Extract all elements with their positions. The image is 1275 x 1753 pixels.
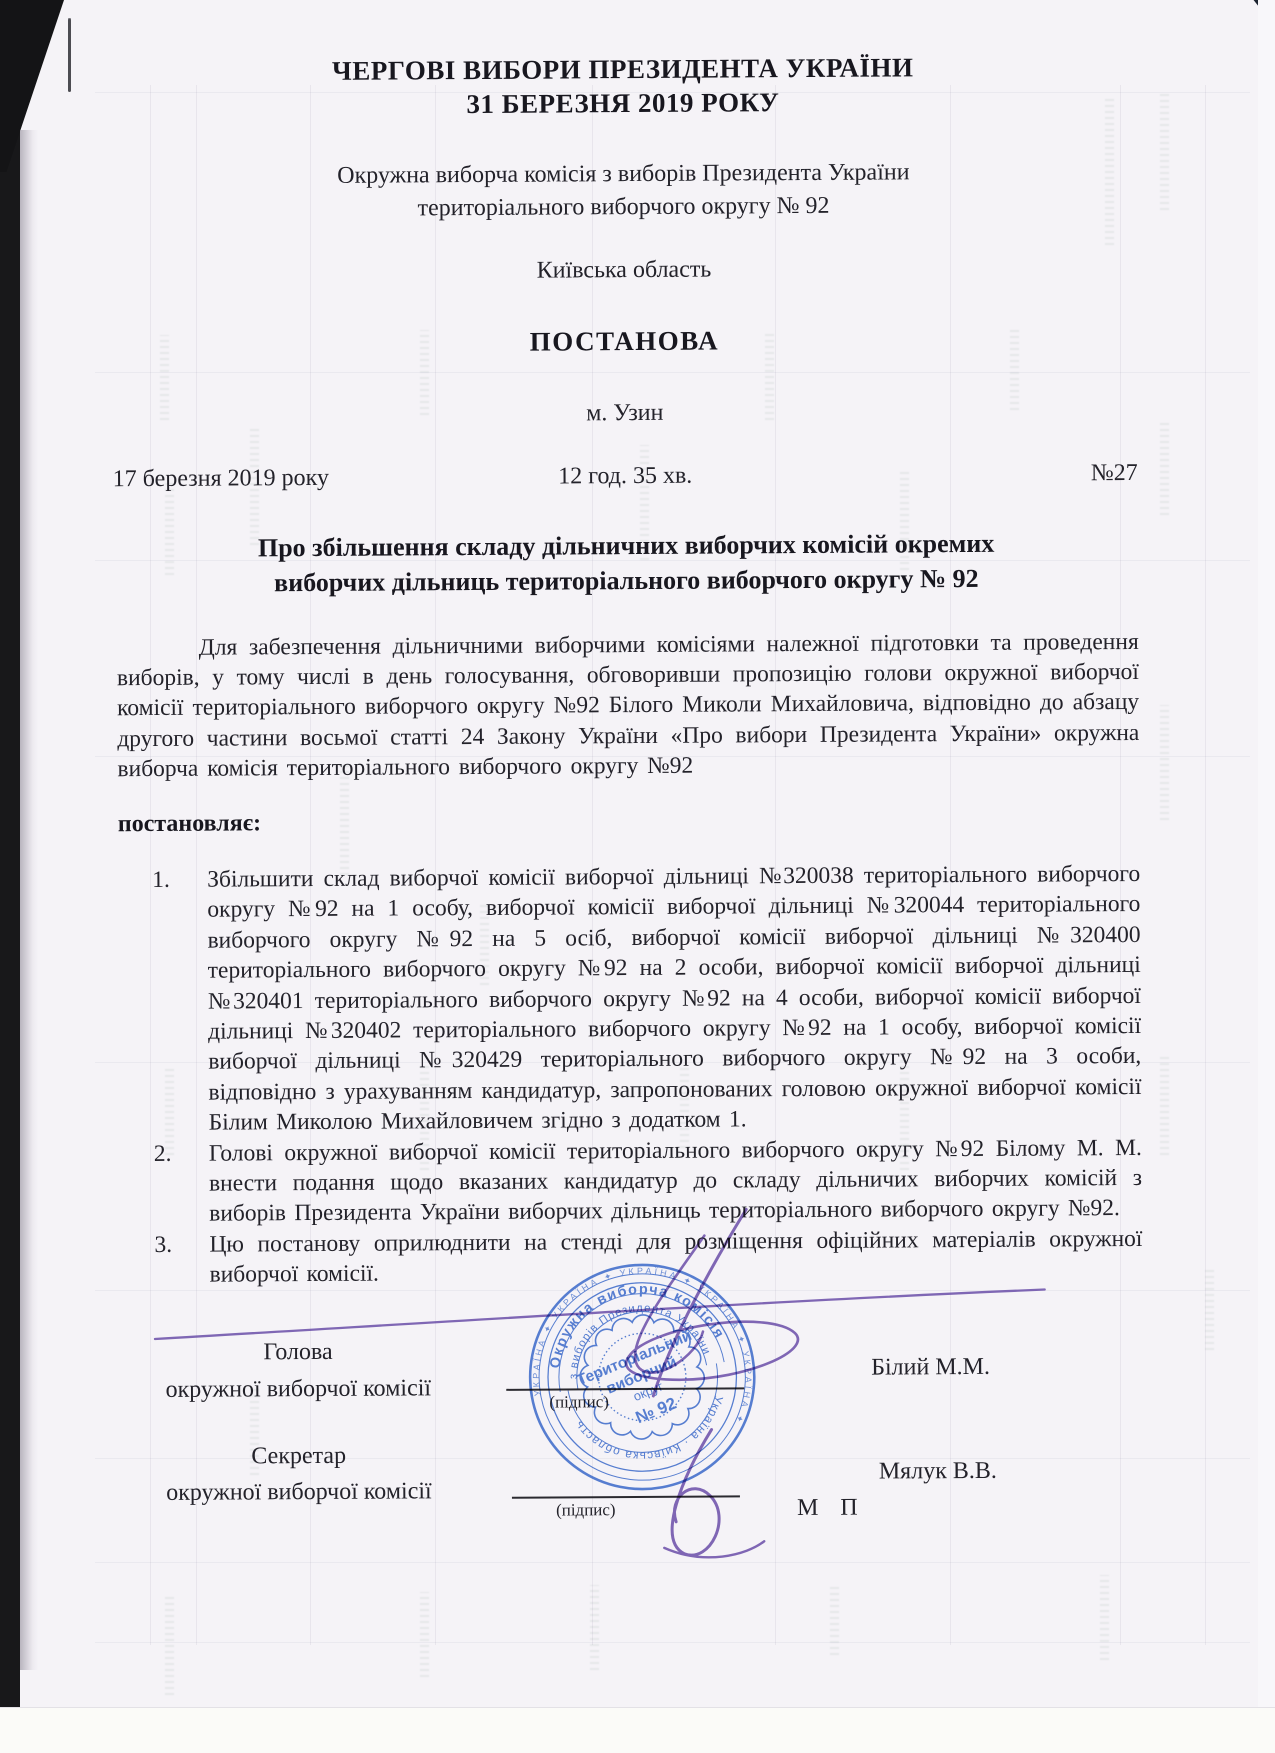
- secretary-name: Мялук В.В.: [879, 1458, 997, 1486]
- document-subject-line2: виборчих дільниць територіального виборч…: [116, 560, 1136, 601]
- scanner-bottom-strip: [0, 1707, 1275, 1753]
- scanned-document-page: ЧЕРГОВІ ВИБОРИ ПРЕЗИДЕНТА УКРАЇНИ 31 БЕР…: [0, 0, 1275, 1753]
- election-title: ЧЕРГОВІ ВИБОРИ ПРЕЗИДЕНТА УКРАЇНИ 31 БЕР…: [110, 49, 1135, 123]
- document-subject: Про збільшення складу дільничних виборчи…: [116, 525, 1136, 601]
- region-name: Київська область: [111, 254, 1136, 287]
- list-item: 2. Голові окружної виборчої комісії тери…: [152, 1133, 1143, 1230]
- head-role-line1: Голова: [118, 1333, 478, 1372]
- secretary-role: Секретар окружної виборчої комісії: [119, 1437, 479, 1511]
- head-role-line2: окружної виборчої комісії: [118, 1370, 478, 1409]
- resolves-label: постановляє:: [118, 810, 261, 838]
- list-item-number: 3.: [154, 1230, 172, 1261]
- secretary-role-line2: окружної виборчої комісії: [119, 1473, 479, 1511]
- document-date: 17 березня 2019 року: [113, 464, 473, 493]
- election-title-line2: 31 БЕРЕЗНЯ 2019 РОКУ: [110, 83, 1135, 123]
- commission-name: Окружна виборча комісія з виборів Презид…: [111, 155, 1136, 227]
- resolution-list: 1. Збільшити склад виборчої комісії вибо…: [150, 859, 1143, 1291]
- head-name: Білий М.М.: [871, 1354, 990, 1382]
- commission-name-line2: територіального виборчого округу № 92: [111, 188, 1136, 227]
- document-type: ПОСТАНОВА: [112, 323, 1137, 360]
- list-item: 1. Збільшити склад виборчої комісії вибо…: [150, 859, 1142, 1139]
- list-item-number: 2.: [154, 1139, 172, 1170]
- document-subject-line1: Про збільшення складу дільничних виборчи…: [116, 525, 1136, 566]
- document-number: №27: [778, 460, 1138, 489]
- page-edge-right: [1258, 0, 1275, 1707]
- list-item-text: Голові окружної виборчої комісії територ…: [209, 1135, 1142, 1228]
- staple-mark: [68, 18, 71, 92]
- head-role: Голова окружної виборчої комісії: [118, 1333, 478, 1409]
- city-name: м. Узин: [112, 397, 1137, 430]
- page-edge-shadow: [20, 130, 38, 1670]
- round-stamp: УКРАЇНА ✦ УКРАЇНА ✦ УКРАЇНА ✦ УКРАЇНА ✦ …: [504, 1239, 781, 1516]
- document-content: ЧЕРГОВІ ВИБОРИ ПРЕЗИДЕНТА УКРАЇНИ 31 БЕР…: [0, 0, 1275, 1753]
- date-row: 17 березня 2019 року 12 год. 35 хв. №27: [113, 460, 1138, 493]
- list-item-number: 1.: [152, 865, 170, 896]
- scanner-edge-left: [0, 0, 20, 1707]
- preamble-paragraph: Для забезпечення дільничними виборчими к…: [117, 627, 1140, 784]
- secretary-role-line1: Секретар: [119, 1437, 479, 1475]
- document-time: 12 год. 35 хв.: [473, 462, 778, 491]
- list-item-text: Збільшити склад виборчої комісії виборчо…: [207, 861, 1141, 1136]
- seal-place-mark: М П: [797, 1495, 866, 1522]
